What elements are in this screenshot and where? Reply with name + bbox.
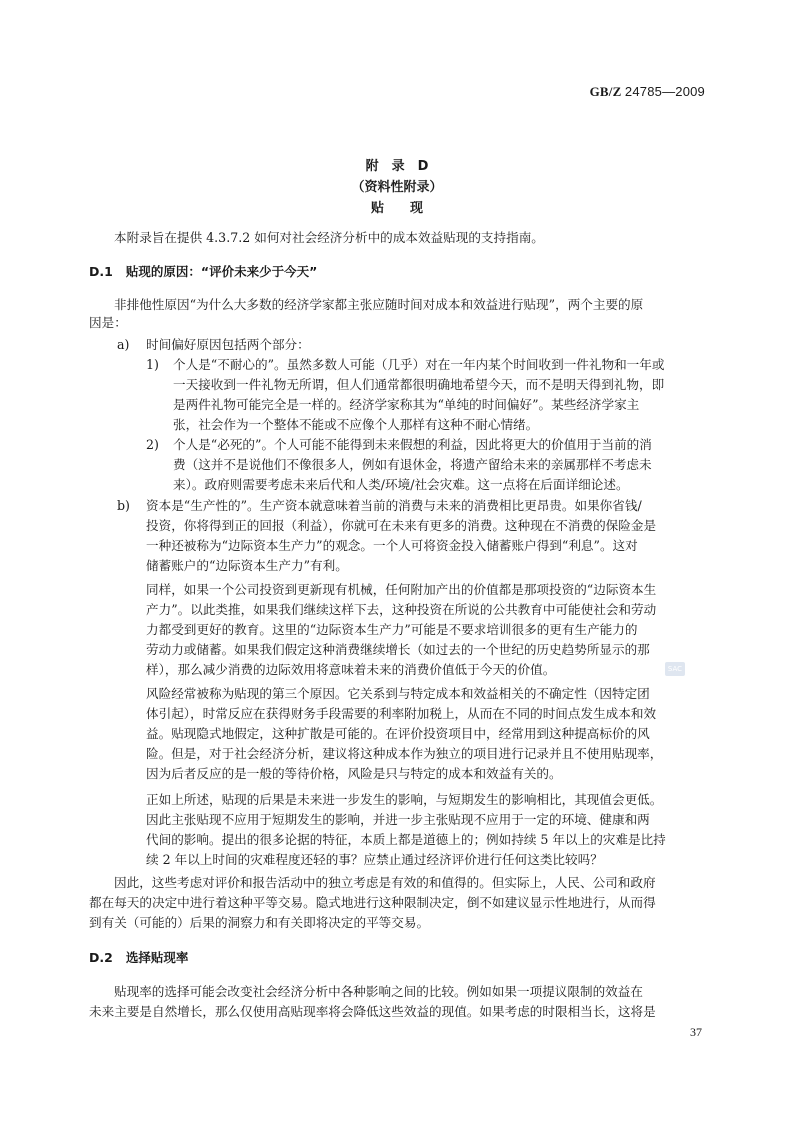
paragraph-line: 续 2 年以上时间的灾难程度还轻的事？应禁止通过经济评价进行任何这类比较吗？ [146,852,603,868]
section-heading-d2: D.2 选择贴现率 [89,950,188,966]
paragraph-line: 投资，你将得到正的回报（利益），你就可在未来有更多的消费。这种现在不消费的保险金… [146,518,656,534]
paragraph-line: 因为后者反应的是一般的等待价格，风险是只与特定的成本和效益有关的。 [146,766,562,782]
paragraph-line: 一种还被称为“边际资本生产力”的观念。一个人可将资金投入储蓄账户得到“利息”。这… [146,538,638,554]
paragraph-line: 同样，如果一个公司投资到更新现有机械，任何附加产出的价值都是那项投资的“边际资本… [146,582,656,598]
paragraph-line: 因是： [89,315,127,331]
paragraph-line: 一天接收到一件礼物无所谓，但人们通常都很明确地希望今天，而不是明天得到礼物，即 [173,377,664,393]
paragraph-line: 样），那么减少消费的边际效用将意味着未来的消费价值低于今天的价值。 [146,662,555,678]
paragraph-line: 力都受到更好的教育。这里的“边际资本生产力”可能是不要求培训很多的更有生产能力的 [146,622,637,638]
paragraph-line: 代间的影响。提出的很多论据的特征，本质上都是道德上的；例如持续 5 年以上的灾难… [146,832,666,848]
section-title: 贴现的原因：“评价未来少于今天” [126,264,317,279]
list-marker: a) [117,337,129,353]
appendix-name: 贴 现 [0,197,794,216]
paragraph-line: 来）。政府则需要考虑未来后代和人类/环境/社会灾难。这一点将在后面详细论述。 [173,477,629,493]
list-marker: b) [117,498,130,514]
paragraph-line: 是两件礼物可能完全是一样的。经济学家称其为“单纯的时间偏好”。某些经济学家主 [173,397,639,413]
sublist-marker: 1) [146,357,159,373]
paragraph-line: 都在每天的决定中进行着这种平等交易。隐式地进行这种限制决定，倒不如建议显示性地进… [89,895,656,911]
paragraph-line: 费（这并不是说他们不像很多人，例如有退休金，将遗产留给未来的亲属那样不考虑未 [173,457,652,473]
intro-paragraph: 本附录旨在提供 4.3.7.2 如何对社会经济分析中的成本效益贴现的支持指南。 [114,230,544,246]
paragraph-line: 风险经常被称为贴现的第三个原因。它关系到与特定成本和效益相关的不确定性（因特定团 [146,686,650,702]
section-number: D.2 [89,950,113,965]
paragraph-line: 因此主张贴现不应用于短期发生的影响，并进一步主张贴现不应用于一定的环境、健康和两 [146,812,650,828]
paragraph-line: 到有关（可能的）后果的洞察力和有关即将决定的平等交易。 [89,915,429,931]
appendix-subtitle: （资料性附录） [0,176,794,195]
paragraph-line: 非排他性原因“为什么大多数的经济学家都主张应随时间对成本和效益进行贴现”，两个主… [114,297,643,313]
page-number: 37 [690,1025,702,1040]
paragraph-line: 个人是“不耐心的”。虽然多数人可能（几乎）对在一年内某个时间收到一件礼物和一年或 [173,357,664,373]
section-title: 选择贴现率 [126,950,189,965]
paragraph-line: 未来主要是自然增长，那么仅使用高贴现率将会降低这些效益的现值。如果考虑的时限相当… [89,1004,656,1020]
list-item-text: 时间偏好原因包括两个部分： [146,337,310,353]
standard-number: 24785—2009 [625,84,705,99]
section-number: D.1 [89,264,113,279]
sublist-marker: 2) [146,437,159,453]
paragraph-line: 贴现率的选择可能会改变社会经济分析中各种影响之间的比较。例如如果一项提议限制的效… [114,984,643,1000]
paragraph-line: 险。但是，对于社会经济分析，建议将这种成本作为独立的项目进行记录并且不使用贴现率… [146,746,662,762]
watermark-logo: SAC [665,662,685,676]
paragraph-line: 储蓄账户的“边际资本生产力”有利。 [146,558,348,574]
paragraph-line: 产力”。以此类推，如果我们继续这样下去，这种投资在所说的公共教育中可能使社会和劳… [146,602,656,618]
document-page: GB/Z 24785—2009 附 录 D （资料性附录） 贴 现 本附录旨在提… [0,0,794,1123]
paragraph-line: 个人是“必死的”。个人可能不能得到未来假想的利益，因此将更大的价值用于当前的消 [173,437,652,453]
appendix-title: 附 录 D [0,155,794,174]
paragraph-line: 劳动力或储蓄。如果我们假定这种消费继续增长（如过去的一个世纪的历史趋势所显示的那 [146,642,650,658]
standard-header: GB/Z 24785—2009 [590,84,705,100]
paragraph-line: 资本是“生产性的”。生产资本就意味着当前的消费与未来的消费相比更昂贵。如果你省钱… [146,498,642,514]
paragraph-line: 因此，这些考虑对评价和报告活动中的独立考虑是有效的和值得的。但实际上，人民、公司… [114,875,656,891]
paragraph-line: 张，社会作为一个整体不能或不应像个人那样有这种不耐心情绪。 [173,417,538,433]
paragraph-line: 体引起），时常反应在获得财务手段需要的利率附加税上，从而在不同的时间点发生成本和… [146,706,656,722]
standard-prefix: GB/Z [590,84,622,99]
paragraph-line: 正如上所述，贴现的后果是未来进一步发生的影响，与短期发生的影响相比，其现值会更低… [146,792,662,808]
paragraph-line: 益。贴现隐式地假定，这种扩散是可能的。在评价投资项目中，经常用到这种提高标价的风 [146,726,650,742]
section-heading-d1: D.1 贴现的原因：“评价未来少于今天” [89,264,317,280]
